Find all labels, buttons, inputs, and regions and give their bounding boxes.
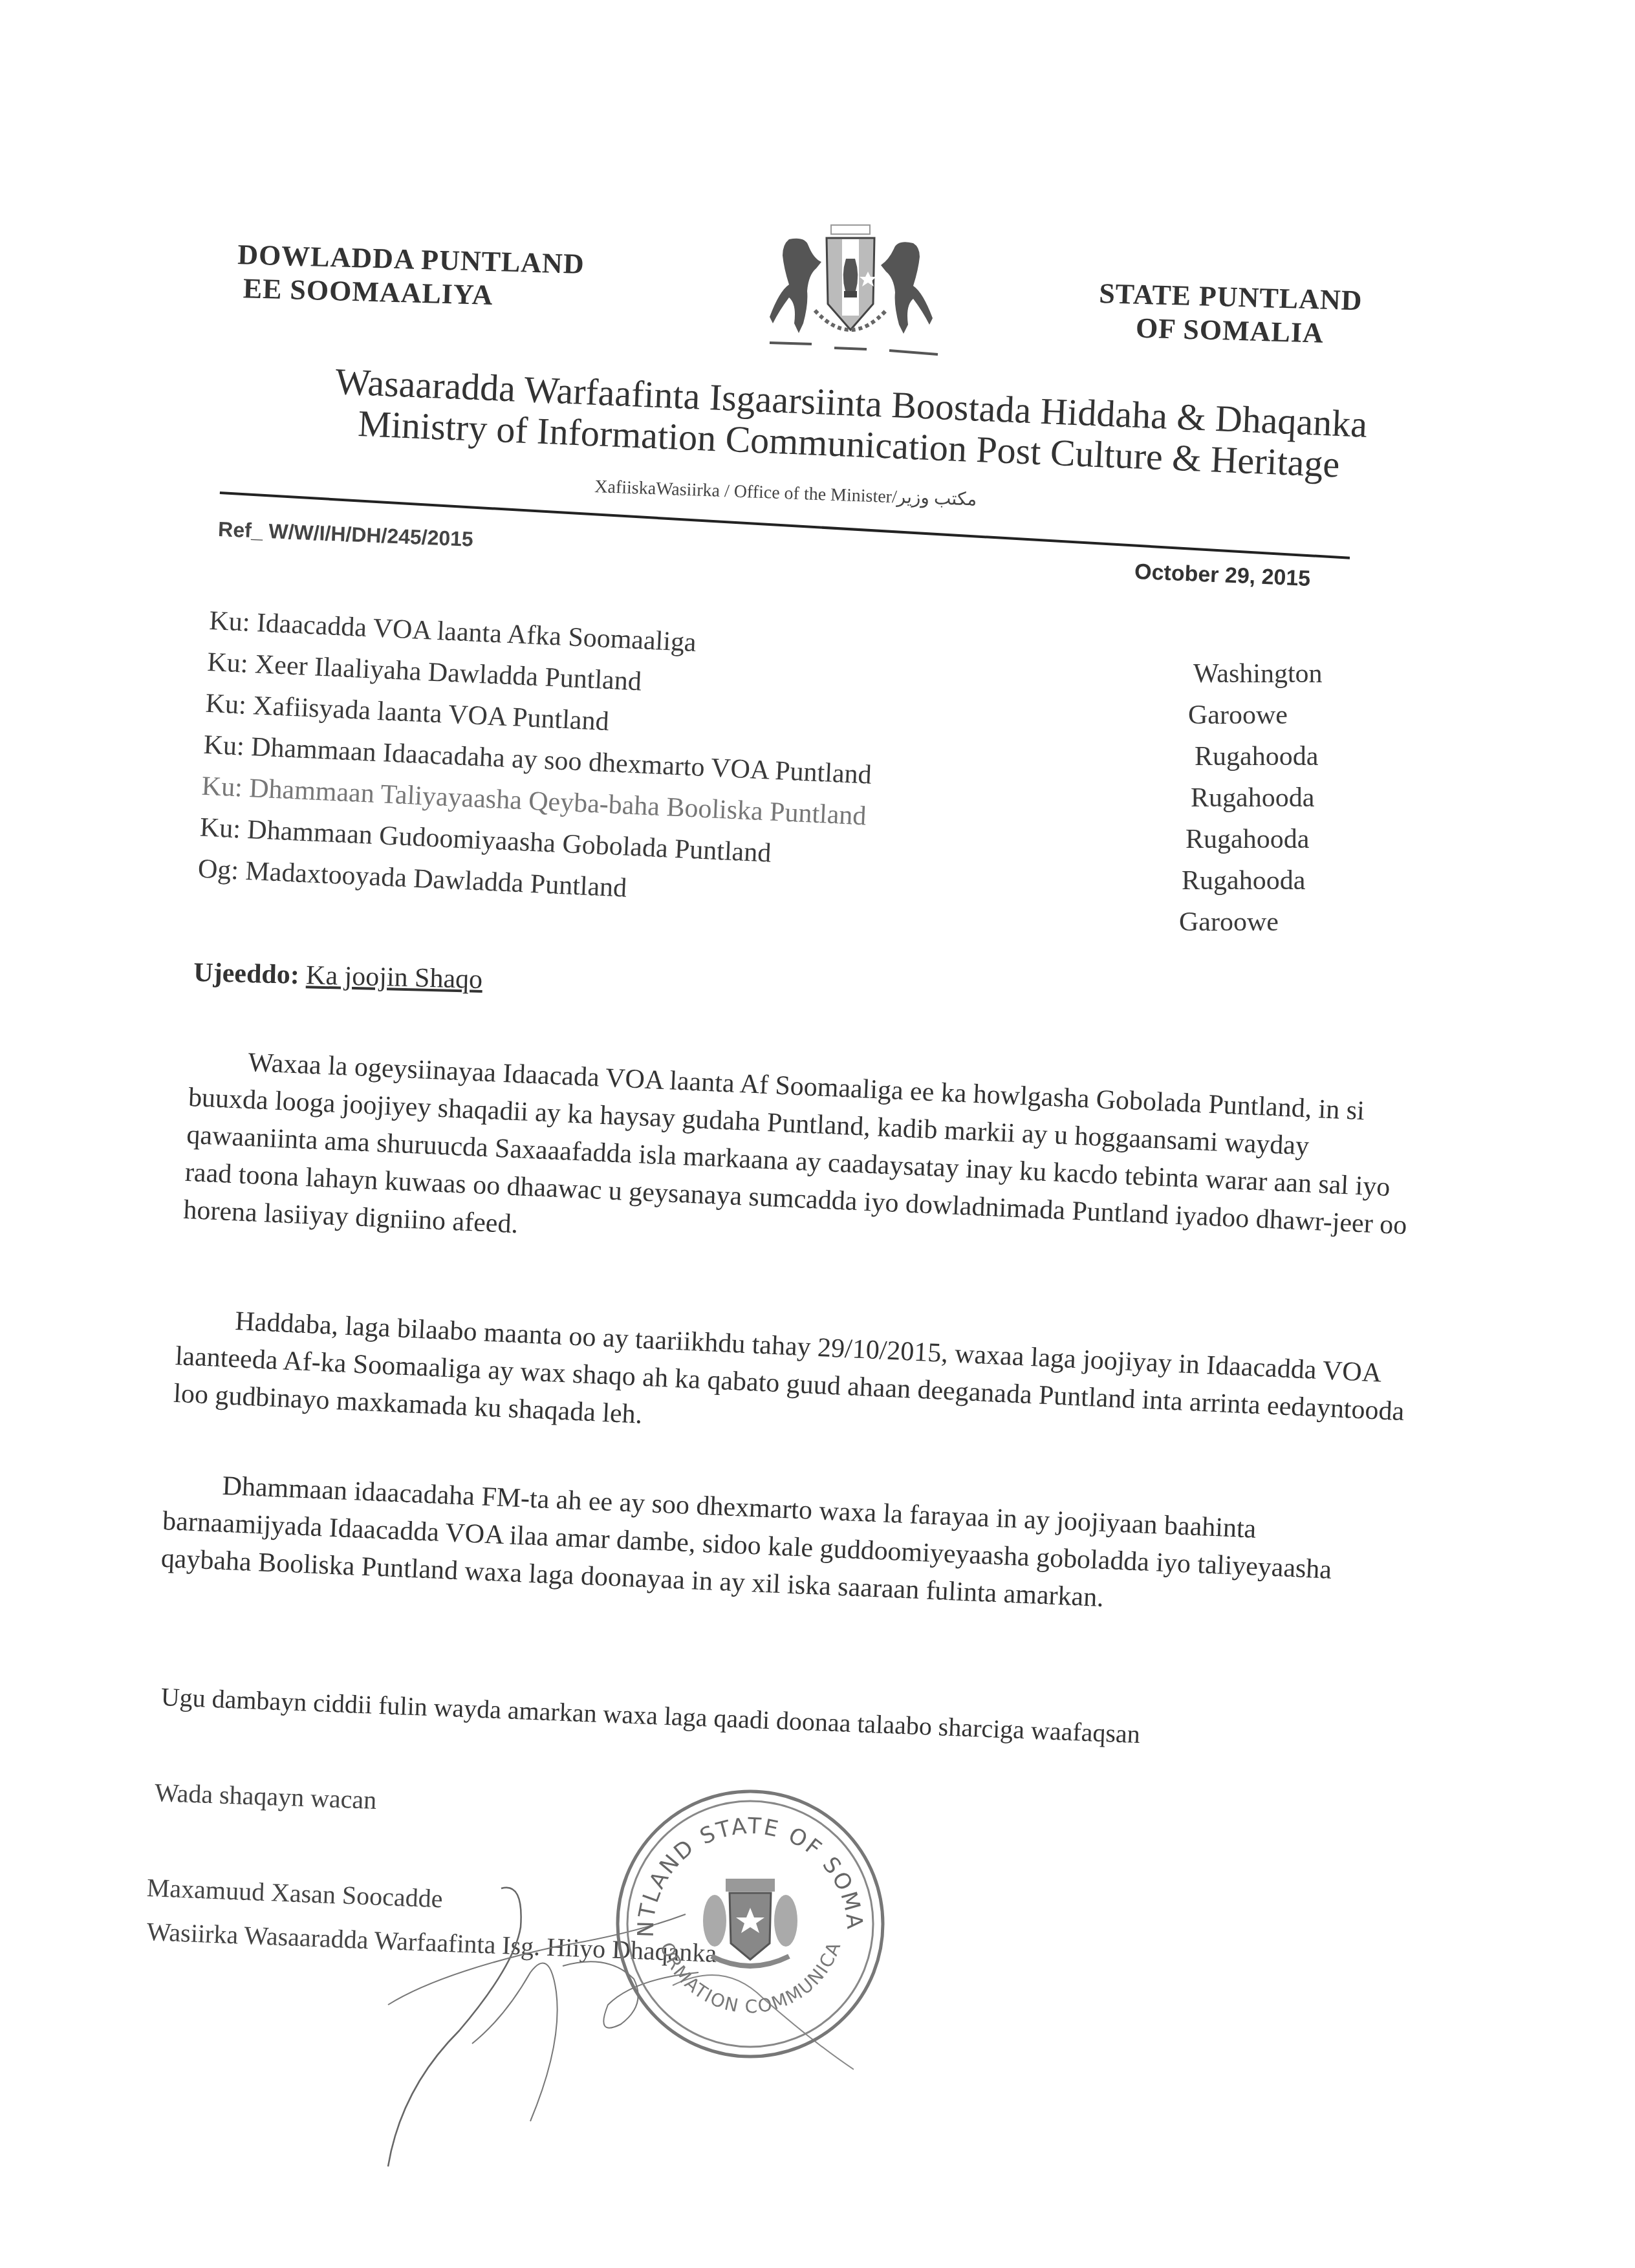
recipient-location: Washington [1193,653,1323,695]
letterhead-left: DOWLADDA PUNTLAND EE SOOMAALIYA [236,238,585,315]
recipient-location: Rugahooda [1195,736,1323,777]
reference-number: Ref_ W/W/I/H/DH/245/2015 [218,517,474,552]
body-paragraph-text: Waxaa la ogeysiinayaa Idaacada VOA laant… [183,1048,1408,1240]
body-paragraph-2: Haddaba, laga bilaabo maanta oo ay taari… [173,1300,1418,1469]
recipient-location: Garoowe [1179,902,1323,943]
coat-of-arms-icon [744,220,957,362]
letterhead-right: STATE PUNTLAND OF SOMALIA [1098,277,1363,351]
recipient-location: Rugahooda [1182,860,1323,902]
subject-label: Ujeeddo [193,958,290,990]
body-paragraph-3: Dhammaan idaacadaha FM-ta ah ee ay soo d… [160,1465,1406,1629]
recipient-location: Rugahooda [1191,777,1323,819]
body-paragraph-1: Waxaa la ogeysiinayaa Idaacada VOA laant… [182,1041,1418,1282]
recipient-list: Ku: Idaacadda VOA laanta Afka Soomaaliga… [197,600,878,920]
official-seal-icon: PUNTLAND STATE OF SOMALIA MINISTRY OF IN… [608,1782,893,2066]
body-paragraph-4: Ugu dambayn ciddii fulin wayda amarkan w… [160,1678,1141,1753]
recipient-locations: Washington Garoowe Rugahooda Rugahooda R… [1193,653,1323,943]
subject-value: Ka joojin Shaqo [306,960,483,995]
letter-date: October 29, 2015 [1134,559,1311,592]
subject-line: Ujeeddo: Ka joojin Shaqo [193,957,483,995]
office-of-minister: XafiiskaWasiirka / Office of the Ministe… [594,475,977,511]
body-paragraph-text: Haddaba, laga bilaabo maanta oo ay taari… [173,1306,1405,1430]
body-paragraph-text: Dhammaan idaacadaha FM-ta ah ee ay soo d… [160,1471,1332,1613]
closing-salutation: Wada shaqayn wacan [154,1777,377,1815]
recipient-location: Garoowe [1188,695,1323,736]
recipient-location: Rugahooda [1186,819,1323,860]
letterhead-right-line2: OF SOMALIA [1098,310,1362,351]
